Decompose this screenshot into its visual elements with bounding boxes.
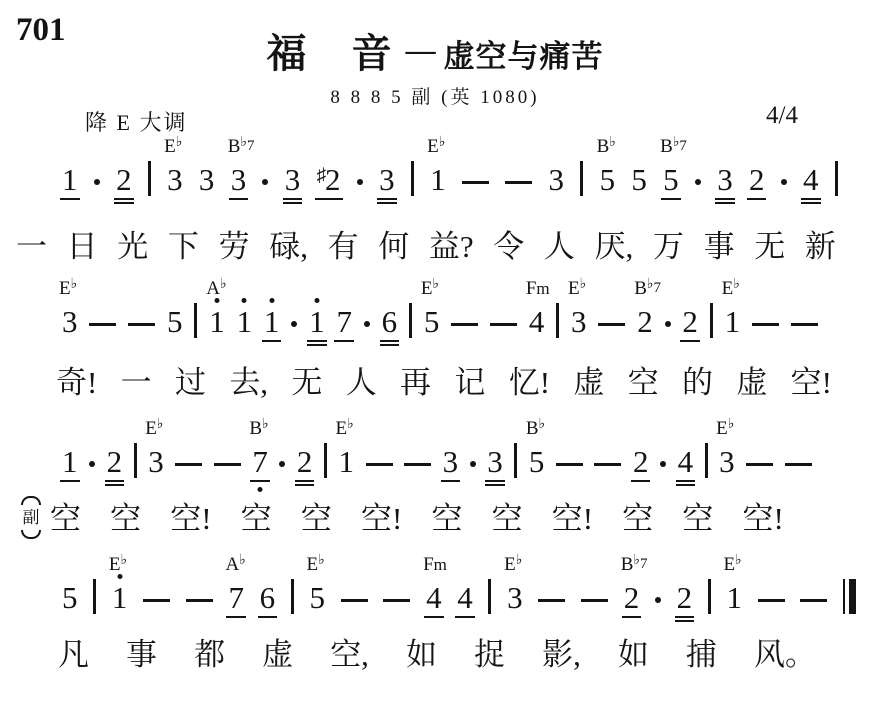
duration-underline bbox=[715, 198, 735, 200]
duration-underline bbox=[307, 344, 327, 346]
lyric-syllable: 何 bbox=[378, 230, 409, 264]
note-value: 1 bbox=[726, 582, 742, 614]
note-value: 1 bbox=[62, 164, 78, 196]
lyric-line: 空空空!空空空!空空空!空空空! bbox=[50, 502, 784, 536]
duration-dash bbox=[214, 463, 241, 466]
note: 7B♭ bbox=[252, 446, 268, 478]
duration-dash bbox=[404, 463, 431, 466]
chord-label: B♭7 bbox=[621, 555, 648, 576]
lyric-syllable: 碌, bbox=[269, 230, 308, 264]
note: 5B♭ bbox=[600, 164, 616, 196]
lyric-syllable: 的 bbox=[682, 366, 713, 400]
note: 7A♭ bbox=[228, 582, 244, 614]
note-value: 1 bbox=[112, 582, 128, 614]
note: 3E♭ bbox=[148, 446, 164, 478]
barline bbox=[324, 443, 327, 478]
lyric-syllable: 人 bbox=[544, 230, 575, 264]
duration-dash bbox=[175, 463, 202, 466]
duration-underline bbox=[295, 484, 315, 486]
chord-root: A bbox=[206, 278, 220, 299]
note-value: 1 bbox=[264, 306, 280, 338]
chord-root: F bbox=[526, 278, 537, 299]
duration-underline bbox=[441, 480, 461, 482]
lyric-syllable: 空 bbox=[110, 502, 141, 536]
chord-label: E♭ bbox=[722, 279, 740, 300]
chord-root: E bbox=[145, 418, 157, 439]
lyric-syllable: 劳 bbox=[219, 230, 250, 264]
refrain-marker: 副 bbox=[18, 496, 44, 539]
duration-underline bbox=[258, 616, 278, 618]
note-value: 3 bbox=[62, 306, 78, 338]
flat-sign: ♭ bbox=[539, 417, 546, 432]
lyric-syllable: 令 bbox=[493, 230, 524, 264]
note: 1 bbox=[62, 164, 78, 196]
note: 2 bbox=[677, 582, 693, 614]
barline bbox=[488, 579, 491, 614]
chord-label: B♭7 bbox=[634, 279, 661, 300]
lyric-syllable: 捕 bbox=[686, 638, 717, 672]
duration-dash bbox=[598, 323, 625, 326]
barline bbox=[514, 443, 517, 478]
note-value: 4 bbox=[678, 446, 694, 478]
lyric-syllable: 事 bbox=[126, 638, 157, 672]
chord-root: E bbox=[59, 278, 71, 299]
lyric-syllable: 无 bbox=[754, 230, 785, 264]
lyric-syllable: 空, bbox=[330, 638, 369, 672]
music-line: 51E♭7A♭65E♭4Fm43E♭2B♭721E♭ bbox=[62, 580, 856, 614]
chord-label: E♭ bbox=[307, 555, 325, 576]
note-value: 1 bbox=[309, 306, 325, 338]
flat-sign: ♭ bbox=[728, 417, 735, 432]
duration-underline bbox=[380, 340, 400, 342]
music-line: 123E♭7B♭21E♭335B♭243E♭ bbox=[62, 444, 812, 478]
flat-sign: ♭ bbox=[220, 277, 227, 292]
note: 5B♭ bbox=[529, 446, 545, 478]
duration-dash bbox=[462, 181, 489, 184]
chord-root: A bbox=[225, 554, 239, 575]
note: 1 bbox=[62, 446, 78, 478]
note-value: 3 bbox=[148, 446, 164, 478]
note-value: 4 bbox=[457, 582, 473, 614]
note: 1E♭ bbox=[726, 582, 742, 614]
lyric-syllable: 下 bbox=[168, 230, 199, 264]
note: 2 bbox=[116, 164, 132, 196]
barline bbox=[411, 161, 414, 196]
duration-dot bbox=[470, 461, 476, 467]
chord-label: Fm bbox=[423, 555, 447, 574]
note-value: 1 bbox=[237, 306, 253, 338]
chord-root: F bbox=[423, 554, 434, 575]
note-value: 2 bbox=[116, 164, 132, 196]
chord-root: B bbox=[597, 136, 610, 157]
duration-dash bbox=[785, 463, 812, 466]
chord-root: E bbox=[164, 136, 176, 157]
duration-dash bbox=[383, 599, 410, 602]
note-value: 2 bbox=[749, 164, 765, 196]
note: 4Fm bbox=[529, 306, 545, 338]
chord-quality: m bbox=[434, 555, 447, 574]
chord-root: E bbox=[109, 554, 121, 575]
lyric-syllable: 空 bbox=[241, 502, 272, 536]
duration-dash bbox=[366, 463, 393, 466]
flat-sign: ♭ bbox=[120, 553, 127, 568]
flat-sign: ♭ bbox=[239, 553, 246, 568]
flat-sign: ♭ bbox=[633, 553, 640, 568]
duration-dash bbox=[800, 599, 827, 602]
duration-underline bbox=[307, 340, 327, 342]
duration-dot bbox=[89, 461, 95, 467]
chord-root: E bbox=[716, 418, 728, 439]
flat-sign: ♭ bbox=[647, 277, 654, 292]
note-value: 2 bbox=[624, 582, 640, 614]
note: 5B♭7 bbox=[663, 164, 679, 196]
lyric-syllable: 有 bbox=[328, 230, 359, 264]
octave-dot-high bbox=[314, 298, 319, 303]
note: 3 bbox=[717, 164, 733, 196]
duration-dash bbox=[581, 599, 608, 602]
chord-label: E♭ bbox=[427, 137, 445, 158]
note-value: 3 bbox=[571, 306, 587, 338]
lyric-line: 凡事都虚空,如捉影,如捕风。 bbox=[58, 638, 816, 672]
duration-dot bbox=[781, 179, 787, 185]
flat-sign: ♭ bbox=[157, 417, 164, 432]
lyric-syllable: 再 bbox=[400, 366, 431, 400]
duration-underline bbox=[485, 484, 505, 486]
barline bbox=[556, 303, 559, 338]
flat-sign: ♭ bbox=[733, 277, 740, 292]
chord-label: B♭7 bbox=[660, 137, 687, 158]
chord-label: E♭ bbox=[109, 555, 127, 576]
note-value: 3 bbox=[285, 164, 301, 196]
lyric-syllable: 空! bbox=[170, 502, 211, 536]
chord-label: B♭7 bbox=[228, 137, 255, 158]
note-value: 6 bbox=[260, 582, 276, 614]
lyric-syllable: 凡 bbox=[58, 638, 89, 672]
lyric-syllable: 虚 bbox=[736, 366, 767, 400]
lyric-syllable: 空 bbox=[682, 502, 713, 536]
duration-dot bbox=[364, 321, 370, 327]
note-value: 1 bbox=[430, 164, 446, 196]
note: 3E♭ bbox=[167, 164, 183, 196]
duration-underline bbox=[226, 616, 246, 618]
note-value: 5 bbox=[62, 582, 78, 614]
barline bbox=[705, 443, 708, 478]
note: 2 bbox=[749, 164, 765, 196]
lyric-syllable: 空! bbox=[791, 366, 832, 400]
note-value: 3 bbox=[443, 446, 459, 478]
duration-dot bbox=[695, 179, 701, 185]
lyric-syllable: 记 bbox=[454, 366, 485, 400]
chord-root: B bbox=[526, 418, 539, 439]
lyric-syllable: 空 bbox=[628, 366, 659, 400]
duration-dot bbox=[660, 461, 666, 467]
lyric-syllable: 空 bbox=[492, 502, 523, 536]
page-title: 福 音 bbox=[266, 32, 393, 76]
note: 5 bbox=[631, 164, 647, 196]
chord-quality: m bbox=[536, 279, 549, 298]
duration-underline bbox=[315, 198, 343, 200]
duration-dash bbox=[556, 463, 583, 466]
lyric-syllable: 人 bbox=[346, 366, 377, 400]
note: 3E♭ bbox=[571, 306, 587, 338]
lyric-syllable: 影, bbox=[542, 638, 581, 672]
octave-dot-high bbox=[242, 298, 247, 303]
lyric-syllable: 空! bbox=[552, 502, 593, 536]
title-row: 福 音—虚空与痛苦 bbox=[0, 22, 870, 79]
chord-root: B bbox=[249, 418, 262, 439]
chord-label: Fm bbox=[526, 279, 550, 298]
lyric-syllable: 空! bbox=[361, 502, 402, 536]
note-value: 4 bbox=[803, 164, 819, 196]
lyric-syllable: 去, bbox=[229, 366, 268, 400]
lyric-syllable: 厌, bbox=[595, 230, 634, 264]
chord-label: E♭ bbox=[59, 279, 77, 300]
note: 4 bbox=[803, 164, 819, 196]
note-value: 5 bbox=[310, 582, 326, 614]
chord-label: E♭ bbox=[723, 555, 741, 576]
paren-bottom-icon bbox=[21, 530, 41, 539]
duration-underline bbox=[747, 198, 767, 200]
lyric-syllable: 如 bbox=[618, 638, 649, 672]
chord-label: B♭ bbox=[597, 137, 616, 158]
lyric-syllable: 日 bbox=[67, 230, 98, 264]
lyric-syllable: 空 bbox=[622, 502, 653, 536]
note: 2 bbox=[633, 446, 649, 478]
chord-label: B♭ bbox=[249, 419, 268, 440]
note: 3 bbox=[285, 164, 301, 196]
flat-sign: ♭ bbox=[318, 553, 325, 568]
duration-underline bbox=[295, 480, 315, 482]
duration-underline bbox=[680, 340, 700, 342]
lyric-syllable: 新 bbox=[805, 230, 836, 264]
note-value: 1 bbox=[209, 306, 225, 338]
lyric-syllable: 捉 bbox=[474, 638, 505, 672]
duration-dot bbox=[357, 179, 363, 185]
chord-root: E bbox=[722, 278, 734, 299]
note-value: 4 bbox=[426, 582, 442, 614]
note-value: 7 bbox=[228, 582, 244, 614]
note: 3 bbox=[549, 164, 565, 196]
duration-underline bbox=[283, 198, 303, 200]
music-line: 123E♭33B♭73♯231E♭35B♭55B♭7324 bbox=[62, 162, 838, 196]
note: 3 bbox=[443, 446, 459, 478]
note: 2 bbox=[107, 446, 123, 478]
note-value: 5 bbox=[424, 306, 440, 338]
note-value: 3 bbox=[231, 164, 247, 196]
chord-root: E bbox=[307, 554, 319, 575]
barline bbox=[93, 579, 96, 614]
note: 5E♭ bbox=[310, 582, 326, 614]
note-value: 2 bbox=[633, 446, 649, 478]
duration-dash bbox=[538, 599, 565, 602]
chord-root: E bbox=[504, 554, 516, 575]
barline bbox=[291, 579, 294, 614]
note: 1E♭ bbox=[112, 582, 128, 614]
duration-underline bbox=[114, 198, 134, 200]
barline bbox=[409, 303, 412, 338]
duration-underline bbox=[334, 340, 354, 342]
octave-dot-high bbox=[269, 298, 274, 303]
flat-sign: ♭ bbox=[176, 135, 183, 150]
duration-underline bbox=[105, 480, 125, 482]
duration-underline bbox=[675, 620, 695, 622]
flat-sign: ♭ bbox=[240, 135, 247, 150]
time-signature: 4/4 bbox=[766, 102, 798, 130]
note: 5 bbox=[62, 582, 78, 614]
duration-underline bbox=[105, 484, 125, 486]
note-value: 5 bbox=[631, 164, 647, 196]
duration-dash bbox=[490, 323, 517, 326]
flat-sign: ♭ bbox=[439, 135, 446, 150]
chord-root: B bbox=[228, 136, 241, 157]
duration-underline bbox=[380, 344, 400, 346]
note: 6 bbox=[260, 582, 276, 614]
lyric-syllable: 万 bbox=[653, 230, 684, 264]
lyric-syllable: 无 bbox=[291, 366, 322, 400]
duration-dash bbox=[594, 463, 621, 466]
note-value: 3 bbox=[487, 446, 503, 478]
duration-dash bbox=[752, 323, 779, 326]
note: ♯2 bbox=[317, 164, 341, 196]
lyric-syllable: 风。 bbox=[754, 638, 816, 672]
note: 6 bbox=[382, 306, 398, 338]
barline bbox=[580, 161, 583, 196]
chord-label: A♭ bbox=[206, 279, 226, 300]
note: 3E♭ bbox=[507, 582, 523, 614]
chord-seventh: 7 bbox=[640, 556, 648, 572]
title-dash: — bbox=[406, 34, 436, 67]
flat-sign: ♭ bbox=[432, 277, 439, 292]
note-value: 1 bbox=[62, 446, 78, 478]
note: 3 bbox=[379, 164, 395, 196]
accidental-sharp-icon: ♯ bbox=[317, 165, 327, 187]
flat-sign: ♭ bbox=[516, 553, 523, 568]
flat-sign: ♭ bbox=[262, 417, 269, 432]
lyric-syllable: 忆! bbox=[509, 366, 550, 400]
duration-dash bbox=[746, 463, 773, 466]
note: 2 bbox=[297, 446, 313, 478]
lyric-syllable: 空! bbox=[743, 502, 784, 536]
barline bbox=[835, 161, 838, 196]
note: 1 bbox=[237, 306, 253, 338]
duration-underline bbox=[485, 480, 505, 482]
duration-dash bbox=[128, 323, 155, 326]
lyric-syllable: 一 bbox=[16, 230, 47, 264]
chord-seventh: 7 bbox=[654, 280, 662, 296]
flat-sign: ♭ bbox=[347, 417, 354, 432]
note: 4 bbox=[457, 582, 473, 614]
note-value: 2 bbox=[325, 164, 341, 196]
chord-root: B bbox=[621, 554, 634, 575]
note: 7 bbox=[336, 306, 352, 338]
duration-underline bbox=[622, 616, 642, 618]
duration-underline bbox=[262, 340, 282, 342]
lyric-syllable: 事 bbox=[704, 230, 735, 264]
note-value: 2 bbox=[107, 446, 123, 478]
lyric-syllable: 虚 bbox=[262, 638, 293, 672]
chord-label: B♭ bbox=[526, 419, 545, 440]
duration-underline bbox=[60, 198, 80, 200]
note: 2B♭7 bbox=[637, 306, 653, 338]
note: 3E♭ bbox=[719, 446, 735, 478]
note-value: 5 bbox=[663, 164, 679, 196]
final-barline bbox=[843, 579, 856, 614]
meter-line: 8 8 8 5 副 (英 1080) bbox=[0, 82, 870, 109]
chord-label: A♭ bbox=[225, 555, 245, 576]
note-value: 7 bbox=[252, 446, 268, 478]
barline bbox=[134, 443, 137, 478]
note: 5 bbox=[167, 306, 183, 338]
lyric-syllable: 都 bbox=[194, 638, 225, 672]
note-value: 2 bbox=[677, 582, 693, 614]
note-value: 2 bbox=[297, 446, 313, 478]
duration-underline bbox=[250, 480, 270, 482]
octave-dot-low bbox=[258, 487, 263, 492]
duration-dash bbox=[186, 599, 213, 602]
barline bbox=[708, 579, 711, 614]
chord-root: E bbox=[421, 278, 433, 299]
note: 3 bbox=[487, 446, 503, 478]
note-value: 4 bbox=[529, 306, 545, 338]
note: 1 bbox=[264, 306, 280, 338]
duration-dot bbox=[94, 179, 100, 185]
note: 3E♭ bbox=[62, 306, 78, 338]
note: 1A♭ bbox=[209, 306, 225, 338]
lyric-syllable: 空 bbox=[50, 502, 81, 536]
flat-sign: ♭ bbox=[580, 277, 587, 292]
paren-top-icon bbox=[21, 496, 41, 505]
note: 1E♭ bbox=[339, 446, 355, 478]
duration-dash bbox=[451, 323, 478, 326]
chord-root: E bbox=[427, 136, 439, 157]
duration-dash bbox=[505, 181, 532, 184]
page-subtitle: 虚空与痛苦 bbox=[444, 39, 604, 74]
duration-dash bbox=[791, 323, 818, 326]
music-line: 3E♭51A♭111765E♭4Fm3E♭2B♭721E♭ bbox=[62, 304, 818, 338]
duration-dash bbox=[341, 599, 368, 602]
lyric-line: 奇!一过去,无人再记忆!虚空的虚空! bbox=[56, 366, 832, 400]
duration-dot bbox=[665, 321, 671, 327]
duration-dash bbox=[758, 599, 785, 602]
duration-dash bbox=[143, 599, 170, 602]
duration-underline bbox=[60, 480, 80, 482]
chord-label: E♭ bbox=[568, 279, 586, 300]
barline bbox=[148, 161, 151, 196]
barline bbox=[710, 303, 713, 338]
duration-dot bbox=[291, 321, 297, 327]
lyric-syllable: 光 bbox=[117, 230, 148, 264]
lyric-syllable: 过 bbox=[175, 366, 206, 400]
note: 3B♭7 bbox=[231, 164, 247, 196]
duration-underline bbox=[377, 202, 397, 204]
note-value: 2 bbox=[682, 306, 698, 338]
chord-label: E♭ bbox=[504, 555, 522, 576]
chord-label: E♭ bbox=[164, 137, 182, 158]
lyric-syllable: 如 bbox=[406, 638, 437, 672]
duration-underline bbox=[661, 198, 681, 200]
note: 2 bbox=[682, 306, 698, 338]
chord-root: E bbox=[723, 554, 735, 575]
note: 5E♭ bbox=[424, 306, 440, 338]
note-value: 3 bbox=[717, 164, 733, 196]
flat-sign: ♭ bbox=[71, 277, 78, 292]
note-value: 6 bbox=[382, 306, 398, 338]
note-value: 3 bbox=[199, 164, 215, 196]
chord-root: B bbox=[634, 278, 647, 299]
note-value: 1 bbox=[339, 446, 355, 478]
chord-label: E♭ bbox=[716, 419, 734, 440]
chord-root: E bbox=[336, 418, 348, 439]
